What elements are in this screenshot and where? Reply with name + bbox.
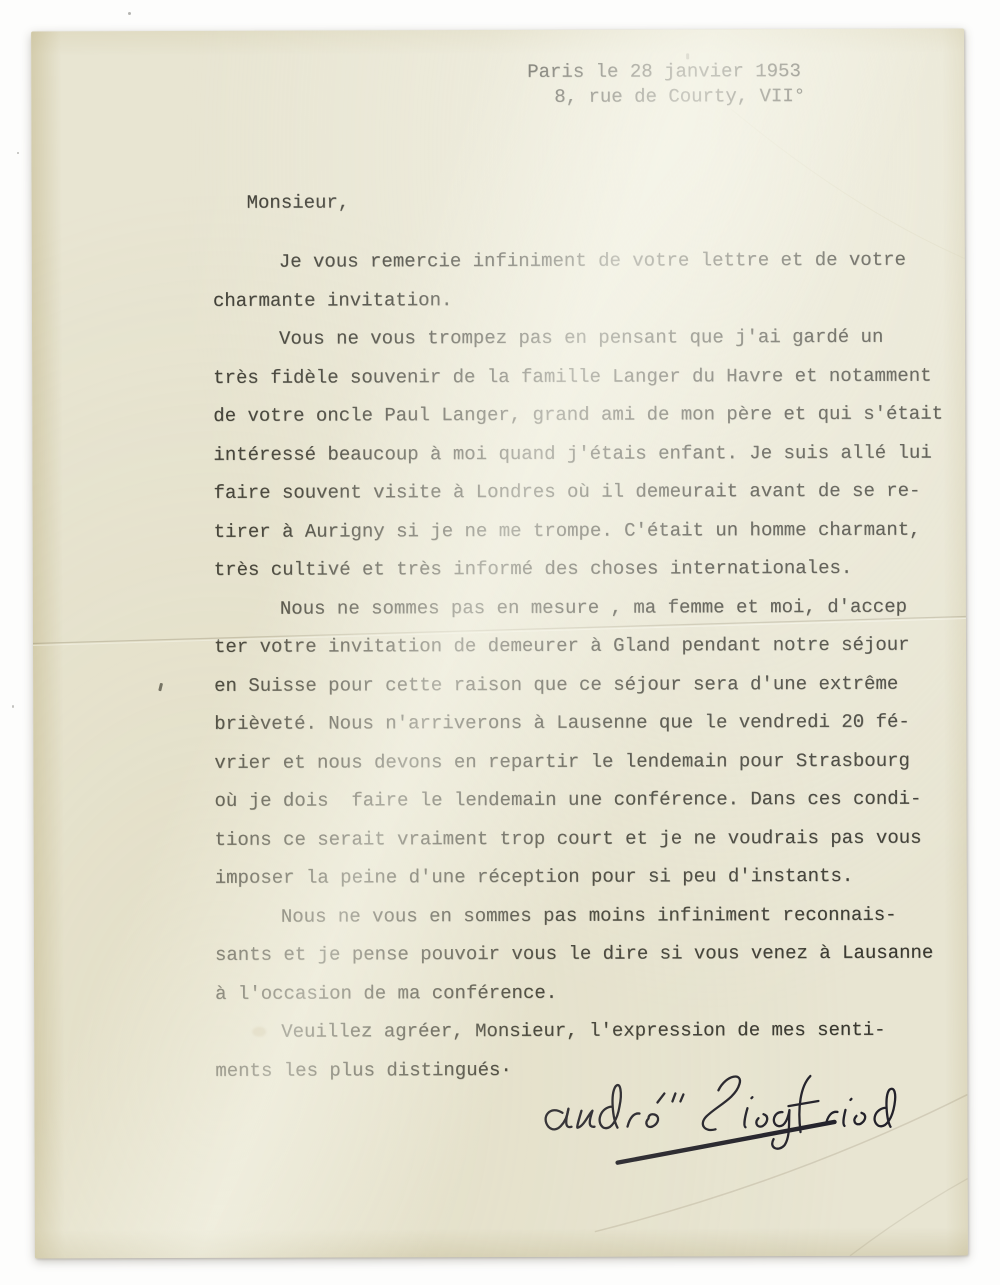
letter-body: Je vous remercie infiniment de votre let…: [213, 241, 961, 1090]
letter-line: tions ce serait vraiment trop court et j…: [215, 818, 960, 859]
ink-speck: [686, 53, 689, 59]
letter-line: faire souvent visite à Londres où il dem…: [213, 472, 958, 513]
letter-header: Paris le 28 janvier 1953 8, rue de Court…: [527, 59, 805, 110]
ink-speck: [158, 683, 163, 691]
letter-page: Paris le 28 janvier 1953 8, rue de Court…: [31, 29, 968, 1259]
letter-line: Vous ne vous trompez pas en pensant que …: [213, 318, 958, 359]
letter-line: vrier et nous devons en repartir le lend…: [214, 741, 959, 782]
letter-line: Je vous remercie infiniment de votre let…: [213, 241, 958, 282]
letter-line: Nous ne vous en sommes pas moins infinim…: [215, 895, 960, 936]
letter-line: imposer la peine d'une réception pour si…: [215, 857, 960, 898]
address-line: 8, rue de Courty, VII°: [527, 84, 805, 110]
letter-line: très fidèle souvenir de la famille Lange…: [213, 356, 958, 397]
signature: [532, 1055, 912, 1196]
scan-background: Paris le 28 janvier 1953 8, rue de Court…: [0, 0, 1000, 1285]
letter-line: intéressé beaucoup à moi quand j'étais e…: [213, 433, 958, 474]
letter-line: où je dois faire le lendemain une confér…: [214, 780, 959, 821]
letter-line: très cultivé et très informé des choses …: [214, 549, 959, 590]
letter-line: ter votre invitation de demeurer à Gland…: [214, 626, 959, 667]
date-line: Paris le 28 janvier 1953: [527, 59, 805, 85]
letter-line: à l'occasion de ma conférence.: [215, 972, 960, 1013]
paper-stain: [252, 1027, 266, 1037]
letter-line: tirer à Aurigny si je ne me trompe. C'ét…: [214, 510, 959, 551]
letter-line: en Suisse pour cette raison que ce séjou…: [214, 664, 959, 705]
letter-line: brièveté. Nous n'arriverons à Lausenne q…: [214, 703, 959, 744]
letter-line: de votre oncle Paul Langer, grand ami de…: [213, 395, 958, 436]
letter-line: Veuillez agréer, Monsieur, l'expression …: [215, 1011, 960, 1052]
signature-ink: [532, 1055, 912, 1196]
letter-line: charmante invitation.: [213, 279, 958, 320]
letter-line: sants et je pense pouvoir vous le dire s…: [215, 934, 960, 975]
dust-speck: [12, 705, 14, 708]
salutation: Monsieur,: [247, 183, 350, 222]
dust-speck: [128, 12, 131, 15]
dust-speck: [17, 152, 19, 154]
letter-line: Nous ne sommes pas en mesure , ma femme …: [214, 587, 959, 628]
